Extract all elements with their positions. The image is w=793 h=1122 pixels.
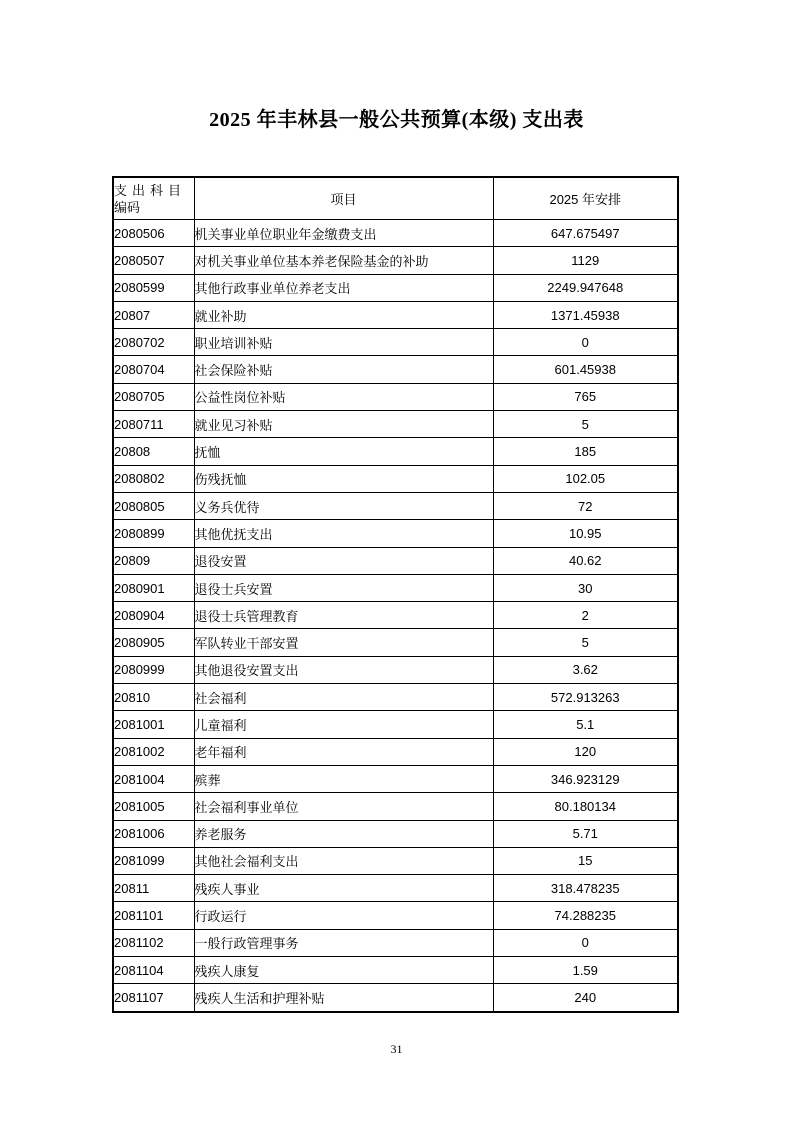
table-row: 2080702职业培训补贴0 [113,329,678,356]
code-cell: 20810 [113,684,194,711]
item-cell: 其他优抚支出 [194,520,493,547]
amount-cell: 601.45938 [493,356,678,383]
code-cell: 2081001 [113,711,194,738]
code-cell: 20808 [113,438,194,465]
amount-cell: 10.95 [493,520,678,547]
amount-cell: 1.59 [493,957,678,984]
code-cell: 2080711 [113,411,194,438]
item-cell: 一般行政管理事务 [194,929,493,956]
table-row: 2080506机关事业单位职业年金缴费支出647.675497 [113,220,678,247]
item-cell: 退役士兵管理教育 [194,602,493,629]
code-cell: 2081004 [113,765,194,792]
code-cell: 2081002 [113,738,194,765]
code-cell: 2081006 [113,820,194,847]
item-cell: 机关事业单位职业年金缴费支出 [194,220,493,247]
amount-cell: 5 [493,411,678,438]
table-row: 2081107残疾人生活和护理补贴240 [113,984,678,1012]
code-cell: 2080599 [113,274,194,301]
code-cell: 2080704 [113,356,194,383]
code-cell: 2080905 [113,629,194,656]
code-cell: 2080506 [113,220,194,247]
item-cell: 其他行政事业单位养老支出 [194,274,493,301]
table-row: 2080507对机关事业单位基本养老保险基金的补助1129 [113,247,678,274]
header-cell-item: 项目 [194,177,493,220]
item-cell: 伤残抚恤 [194,465,493,492]
amount-cell: 5.1 [493,711,678,738]
code-cell: 2080507 [113,247,194,274]
table-row: 2081005社会福利事业单位80.180134 [113,793,678,820]
header-code-line2: 编码 [114,199,194,216]
code-cell: 2080904 [113,602,194,629]
amount-cell: 15 [493,847,678,874]
header-code-line1: 支出科目 [114,182,194,199]
table-row: 2080904退役士兵管理教育2 [113,602,678,629]
table-row: 2081002老年福利120 [113,738,678,765]
table-row: 2080711就业见习补贴5 [113,411,678,438]
item-cell: 殡葬 [194,765,493,792]
item-cell: 残疾人事业 [194,875,493,902]
amount-cell: 765 [493,383,678,410]
amount-cell: 0 [493,929,678,956]
item-cell: 养老服务 [194,820,493,847]
code-cell: 2080802 [113,465,194,492]
table-row: 2080802伤残抚恤102.05 [113,465,678,492]
item-cell: 社会福利事业单位 [194,793,493,820]
item-cell: 公益性岗位补贴 [194,383,493,410]
code-cell: 2081005 [113,793,194,820]
header-cell-amount: 2025 年安排 [493,177,678,220]
amount-cell: 30 [493,574,678,601]
item-cell: 对机关事业单位基本养老保险基金的补助 [194,247,493,274]
amount-cell: 40.62 [493,547,678,574]
amount-cell: 318.478235 [493,875,678,902]
amount-cell: 2 [493,602,678,629]
item-cell: 职业培训补贴 [194,329,493,356]
table-row: 2081104残疾人康复1.59 [113,957,678,984]
table-row: 2081006养老服务5.71 [113,820,678,847]
table-row: 2080905军队转业干部安置5 [113,629,678,656]
code-cell: 2080702 [113,329,194,356]
amount-cell: 74.288235 [493,902,678,929]
amount-cell: 5.71 [493,820,678,847]
table-body: 2080506机关事业单位职业年金缴费支出647.6754972080507对机… [113,220,678,1012]
code-cell: 2081104 [113,957,194,984]
table-row: 2081004殡葬346.923129 [113,765,678,792]
table-header-row: 支出科目 编码 项目 2025 年安排 [113,177,678,220]
document-page: 2025 年丰林县一般公共预算(本级) 支出表 支出科目 编码 项目 2025 … [0,0,793,1122]
amount-cell: 1129 [493,247,678,274]
amount-cell: 0 [493,329,678,356]
header-cell-code: 支出科目 编码 [113,177,194,220]
amount-cell: 346.923129 [493,765,678,792]
table-row: 2080705公益性岗位补贴765 [113,383,678,410]
page-title: 2025 年丰林县一般公共预算(本级) 支出表 [0,104,793,136]
code-cell: 2080999 [113,656,194,683]
table-row: 20810社会福利572.913263 [113,684,678,711]
amount-cell: 5 [493,629,678,656]
table-row: 2080999其他退役安置支出3.62 [113,656,678,683]
item-cell: 军队转业干部安置 [194,629,493,656]
table-row: 2080805义务兵优待72 [113,492,678,519]
amount-cell: 120 [493,738,678,765]
amount-cell: 572.913263 [493,684,678,711]
table-row: 2080901退役士兵安置30 [113,574,678,601]
item-cell: 义务兵优待 [194,492,493,519]
code-cell: 2080705 [113,383,194,410]
table-row: 20809退役安置40.62 [113,547,678,574]
code-cell: 20811 [113,875,194,902]
code-cell: 20807 [113,301,194,328]
amount-cell: 1371.45938 [493,301,678,328]
item-cell: 儿童福利 [194,711,493,738]
amount-cell: 2249.947648 [493,274,678,301]
amount-cell: 185 [493,438,678,465]
code-cell: 2081102 [113,929,194,956]
code-cell: 2080901 [113,574,194,601]
table-row: 2081099其他社会福利支出15 [113,847,678,874]
amount-cell: 647.675497 [493,220,678,247]
code-cell: 2080899 [113,520,194,547]
table-row: 2080704社会保险补贴601.45938 [113,356,678,383]
item-cell: 其他退役安置支出 [194,656,493,683]
item-cell: 社会福利 [194,684,493,711]
code-cell: 2081101 [113,902,194,929]
item-cell: 就业补助 [194,301,493,328]
item-cell: 残疾人生活和护理补贴 [194,984,493,1012]
item-cell: 残疾人康复 [194,957,493,984]
item-cell: 行政运行 [194,902,493,929]
table-row: 20807就业补助1371.45938 [113,301,678,328]
table-row: 20811残疾人事业318.478235 [113,875,678,902]
amount-cell: 80.180134 [493,793,678,820]
code-cell: 20809 [113,547,194,574]
item-cell: 社会保险补贴 [194,356,493,383]
code-cell: 2081099 [113,847,194,874]
table-row: 2080599其他行政事业单位养老支出2249.947648 [113,274,678,301]
table-row: 20808抚恤185 [113,438,678,465]
code-cell: 2081107 [113,984,194,1012]
amount-cell: 72 [493,492,678,519]
item-cell: 其他社会福利支出 [194,847,493,874]
item-cell: 退役安置 [194,547,493,574]
page-number: 31 [0,1042,793,1057]
item-cell: 就业见习补贴 [194,411,493,438]
table-row: 2081101行政运行74.288235 [113,902,678,929]
item-cell: 退役士兵安置 [194,574,493,601]
item-cell: 老年福利 [194,738,493,765]
table-row: 2080899其他优抚支出10.95 [113,520,678,547]
budget-table: 支出科目 编码 项目 2025 年安排 2080506机关事业单位职业年金缴费支… [112,176,679,1013]
amount-cell: 3.62 [493,656,678,683]
code-cell: 2080805 [113,492,194,519]
amount-cell: 102.05 [493,465,678,492]
amount-cell: 240 [493,984,678,1012]
item-cell: 抚恤 [194,438,493,465]
table-row: 2081001儿童福利5.1 [113,711,678,738]
table-row: 2081102一般行政管理事务0 [113,929,678,956]
